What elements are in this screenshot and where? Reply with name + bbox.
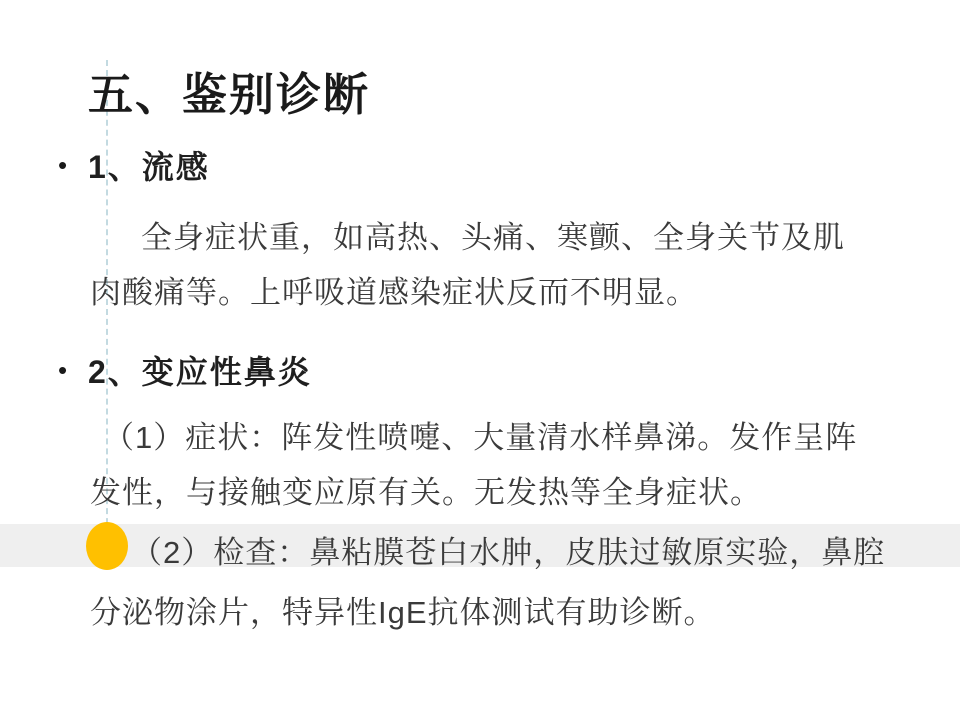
body-text-line: 肉酸痛等。上呼吸道感染症状反而不明显。 (90, 272, 698, 314)
slide-title: 五、鉴别诊断 (88, 58, 370, 123)
presentation-slide: 五、鉴别诊断 • 1、流感 全身症状重，如高热、头痛、寒颤、全身关节及肌 肉酸痛… (0, 0, 960, 720)
yellow-accent-circle (86, 522, 128, 570)
section-heading-influenza: • 1、流感 (58, 142, 210, 188)
section-heading-label: 2、变应性鼻炎 (88, 347, 312, 393)
bullet-icon: • (58, 152, 88, 178)
section-heading-label: 1、流感 (88, 142, 210, 188)
body-text-line: （1）症状：阵发性喷嚏、大量清水样鼻涕。发作呈阵 (103, 417, 857, 459)
body-text-line: 发性，与接触变应原有关。无发热等全身症状。 (90, 472, 762, 514)
bullet-icon: • (58, 357, 88, 383)
body-text-line: （2）检查：鼻粘膜苍白水肿，皮肤过敏原实验，鼻腔 (131, 532, 885, 574)
section-heading-allergic-rhinitis: • 2、变应性鼻炎 (58, 347, 312, 393)
body-text-line: 分泌物涂片，特异性IgE抗体测试有助诊断。 (90, 592, 716, 634)
body-text-line: 全身症状重，如高热、头痛、寒颤、全身关节及肌 (141, 217, 845, 259)
